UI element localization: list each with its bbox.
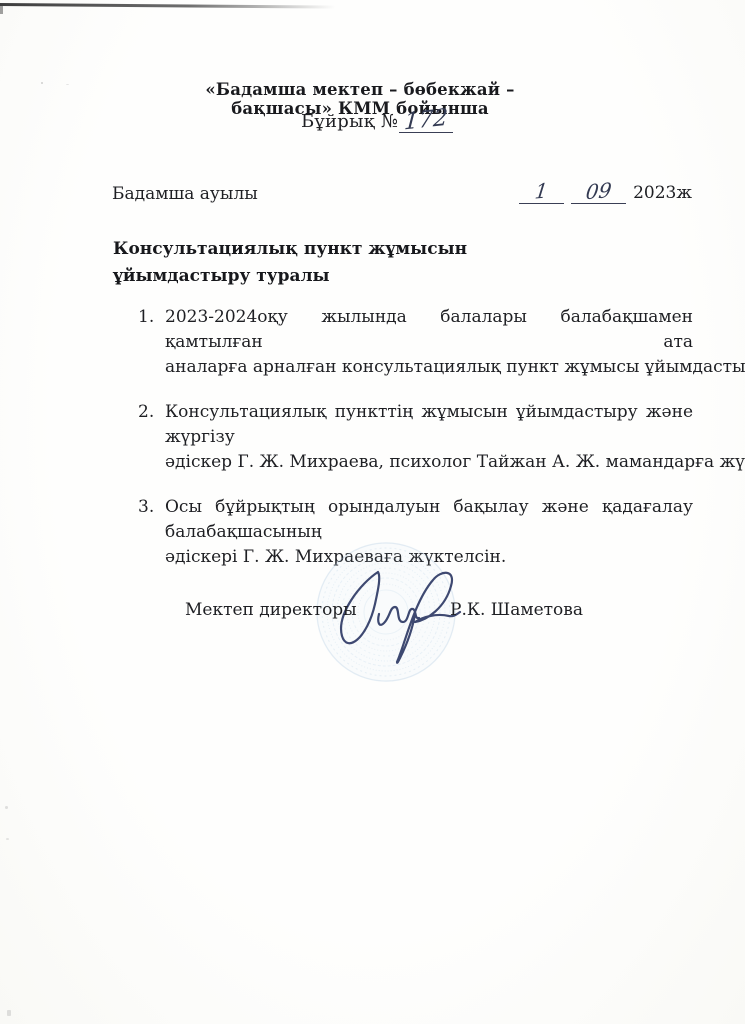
order-subject-line-1: Консультациялық пункт жұмысын: [113, 236, 467, 263]
list-item-line: 2023-2024оқу жылында балалары балабақшам…: [165, 305, 693, 355]
handwritten-day: 1: [534, 181, 549, 200]
document-body: «Бадамша мектеп – бөбекжай – бақшасы» КМ…: [115, 0, 693, 1024]
scan-speck: [66, 84, 69, 85]
signatory-role: Мектеп директоры: [185, 600, 357, 620]
list-item-number: 1.: [138, 305, 165, 380]
date-group: 1 09 2023ж: [519, 182, 692, 204]
list-item-line: Консультациялық пункттің жұмысын ұйымдас…: [165, 400, 693, 450]
place-and-date-row: Бадамша ауылы 1 09 2023ж: [112, 182, 692, 204]
scan-speck: [41, 82, 43, 84]
signatory-name: Р.К. Шаметова: [450, 600, 583, 620]
list-item-text: Консультациялық пункттің жұмысын ұйымдас…: [165, 400, 693, 475]
scan-speck: [7, 1010, 11, 1016]
list-item: 2. Консультациялық пункттің жұмысын ұйым…: [115, 400, 693, 475]
order-number-line: Бұйрық №172: [301, 110, 453, 133]
list-item-text: 2023-2024оқу жылында балалары балабақшам…: [165, 305, 693, 380]
list-item-number: 3.: [138, 495, 165, 570]
scan-speck: [6, 838, 9, 840]
date-day-underline: 1: [519, 182, 564, 204]
order-number-underline: 172: [399, 110, 453, 133]
order-label: Бұйрық №: [301, 111, 398, 132]
order-subject: Консультациялық пункт жұмысын ұйымдастыр…: [113, 236, 467, 290]
date-year: 2023ж: [633, 183, 692, 204]
list-item-number: 2.: [138, 400, 165, 475]
list-item: 1. 2023-2024оқу жылында балалары балабақ…: [115, 305, 693, 380]
place-name: Бадамша ауылы: [112, 184, 258, 204]
scan-speck: [5, 806, 8, 809]
scan-artifact-corner-tick: [0, 6, 3, 14]
list-item-line: әдіскер Г. Ж. Михраева, психолог Тайжан …: [165, 450, 693, 475]
list-item-line: аналарға арналған консультациялық пункт …: [165, 355, 693, 380]
scanned-order-document: «Бадамша мектеп – бөбекжай – бақшасы» КМ…: [0, 0, 745, 1024]
handwritten-month: 09: [585, 181, 613, 201]
order-subject-line-2: ұйымдастыру туралы: [113, 263, 467, 290]
date-month-underline: 09: [571, 182, 626, 204]
handwritten-order-number: 172: [404, 108, 449, 133]
